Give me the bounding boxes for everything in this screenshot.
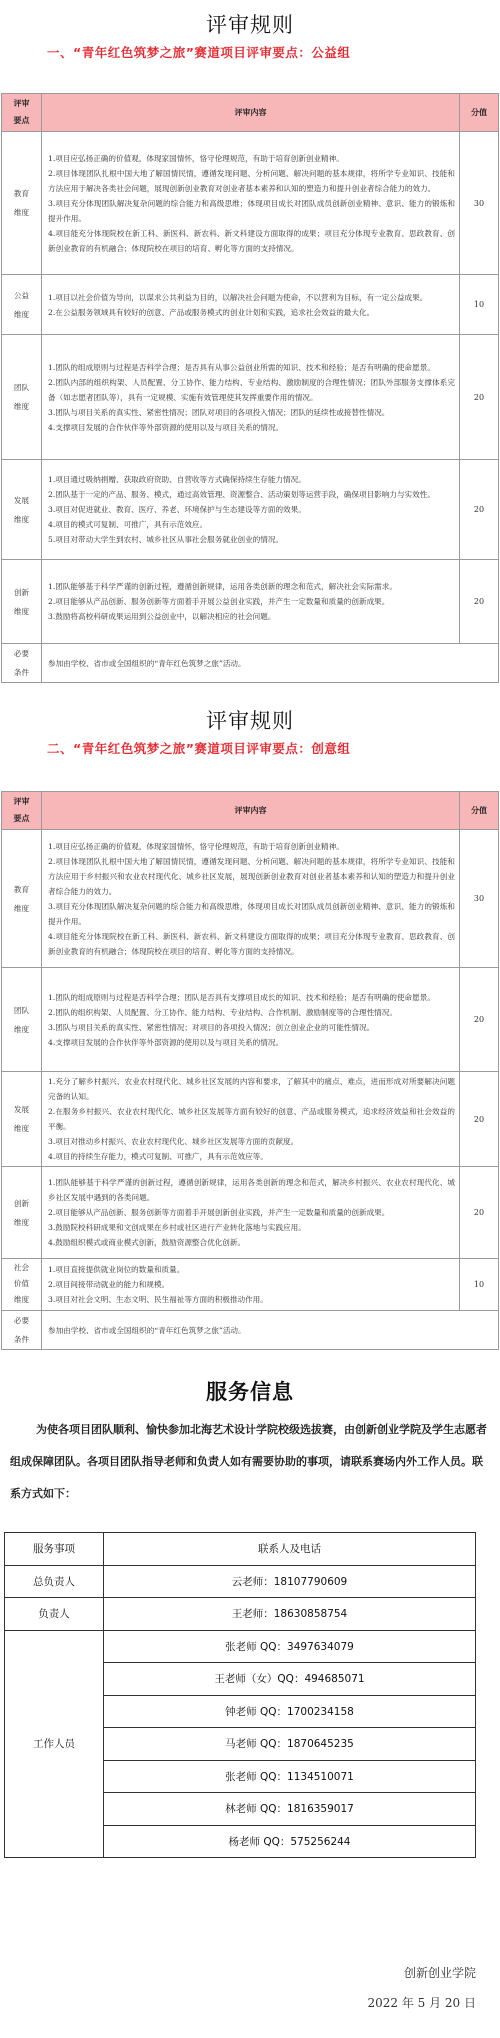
criterion-item: 2.团队基于一定的产品、服务、模式，通过高效管理、资源整合、活动策划等运营手段，… <box>48 487 455 502</box>
service-title: 服务信息 <box>0 1372 500 1412</box>
table-row: 教育维度 1.项目应弘扬正确的价值观，体现家国情怀，恪守伦理规范，有助于培育创新… <box>2 132 499 275</box>
criterion-item: 1.项目以社会价值为导向，以谋求公共利益为目的，以解决社会问题为使命，不以营利为… <box>48 290 455 305</box>
row-content: 1.项目以社会价值为导向，以谋求公共利益为目的，以解决社会问题为使命，不以营利为… <box>42 275 460 335</box>
criterion-item: 4.项目的模式可复制、可推广，具有示范效应。 <box>48 517 455 532</box>
row-score: 10 <box>460 1259 499 1311</box>
criterion-item: 2.团队的组织构架、人员配置、分工协作、能力结构、专业结构、合作机制、激励制度等… <box>48 1005 455 1020</box>
header-key: 评审要点 <box>2 94 42 132</box>
table-row: 团队维度 1.团队的组成原则与过程是否科学合理；是否具有从事公益创业所需的知识、… <box>2 335 499 460</box>
signoff-date: 2022 年 5 月 20 日 <box>0 1988 500 2018</box>
contact-staff: 杨老师 QQ：575256244 <box>104 1825 476 1858</box>
criterion-item: 3.团队与项目关系的真实性、紧密性情况；团队对项目的各项投入情况；团队的延续性或… <box>48 405 455 420</box>
criterion-item: 2.团队内部的组织构架、人员配置、分工协作、能力结构、专业结构、激励制度的合理性… <box>48 375 455 405</box>
service-item-lead: 负责人 <box>5 1598 104 1631</box>
criterion-item: 4.鼓励组织模式或商业模式创新，鼓励资源整合优化创新。 <box>48 1235 455 1250</box>
criterion-item: 2.在服务乡村振兴、农业农村现代化、城乡社区发展等方面有较好的创意、产品或服务模… <box>48 1104 455 1134</box>
criterion-item: 2.项目能够从产品创新、服务创新等方面着手开展创新创业实践，并产生一定数量和质量… <box>48 1205 455 1220</box>
contact-lead: 王老师：18630858754 <box>104 1598 476 1631</box>
row-key: 团队维度 <box>2 335 42 460</box>
row-content: 1.项目通过吸纳捐赠、获取政府资助、自营收等方式确保持续生存能力情况。 2.团队… <box>42 460 460 560</box>
row-score: 20 <box>460 460 499 560</box>
table-row: 教育维度 1.项目应弘扬正确的价值观，体现家国情怀，恪守伦理规范，有助于培育创新… <box>2 830 499 968</box>
table-header-row: 评审要点 评审内容 分值 <box>2 94 499 132</box>
criterion-item: 2.项目能够从产品创新、服务创新等方面着手开展公益创业实践，并产生一定数量和质量… <box>48 594 455 609</box>
table-row: 发展维度 1.项目通过吸纳捐赠、获取政府资助、自营收等方式确保持续生存能力情况。… <box>2 460 499 560</box>
criterion-item: 1.项目应弘扬正确的价值观，体现家国情怀，恪守伦理规范，有助于培育创新创业精神。 <box>48 151 455 166</box>
table-row-required: 必要条件 参加由学校、省市或全国组织的“青年红色筑梦之旅”活动。 <box>2 1311 499 1350</box>
row-key: 公益维度 <box>2 275 42 335</box>
row-score: 20 <box>460 968 499 1072</box>
criterion-item: 2.项目间接带动就业的能力和规模。 <box>48 1277 455 1292</box>
table-row: 团队维度 1.团队的组成原则与过程是否科学合理；团队是否具有支撑项目成长的知识、… <box>2 968 499 1072</box>
required-condition: 参加由学校、省市或全国组织的“青年红色筑梦之旅”活动。 <box>42 644 499 683</box>
contacts-table: 服务事项 联系人及电话 总负责人 云老师：18107790609 负责人 王老师… <box>4 1532 476 1858</box>
header-score: 分值 <box>460 792 499 830</box>
criterion-item: 3.项目充分体现团队解决复杂问题的综合能力和高级思维；体现项目成长对团队成员创新… <box>48 196 455 226</box>
criterion-item: 1.项目应弘扬正确的价值观，体现家国情怀，恪守伦理规范，有助于培育创新创业精神。 <box>48 839 455 854</box>
row-key: 必要条件 <box>2 644 42 683</box>
row-key: 团队维度 <box>2 968 42 1072</box>
table-row: 社会价值维度 1.项目直接提供就业岗位的数量和质量。 2.项目间接带动就业的能力… <box>2 1259 499 1311</box>
row-content: 1.团队的组成原则与过程是否科学合理；团队是否具有支撑项目成长的知识、技术和经验… <box>42 968 460 1072</box>
contact-general-lead: 云老师：18107790609 <box>104 1565 476 1598</box>
criterion-item: 1.团队能够基于科学严谨的创新过程，遵循创新规律，运用各类创新的理念和范式，解决… <box>48 1175 455 1205</box>
table-row: 创新维度 1.团队能够基于科学严谨的创新过程，遵循创新规律，运用各类创新的理念和… <box>2 1167 499 1259</box>
criterion-item: 3.鼓励院校科研成果和文创成果在乡村或社区进行产业转化落地与实践应用。 <box>48 1220 455 1235</box>
contact-staff: 王老师（女）QQ：494685071 <box>104 1663 476 1696</box>
row-content: 1.项目应弘扬正确的价值观，体现家国情怀，恪守伦理规范，有助于培育创新创业精神。… <box>42 132 460 275</box>
criterion-item: 1.团队的组成原则与过程是否科学合理；是否具有从事公益创业所需的知识、技术和经验… <box>48 360 455 375</box>
row-content: 1.团队能够基于科学严谨的创新过程，遵循创新规律，运用各类创新的理念和范式，解决… <box>42 1167 460 1259</box>
header-content: 评审内容 <box>42 94 460 132</box>
header-key: 评审要点 <box>2 792 42 830</box>
row-content: 1.充分了解乡村振兴、农业农村现代化、城乡社区发展的内容和要求，了解其中的痛点、… <box>42 1072 460 1167</box>
criterion-item: 3.项目对促进就业、教育、医疗、养老、环境保护与生态建设等方面的效果。 <box>48 502 455 517</box>
row-key: 教育维度 <box>2 830 42 968</box>
header-content: 评审内容 <box>42 792 460 830</box>
table-row: 发展维度 1.充分了解乡村振兴、农业农村现代化、城乡社区发展的内容和要求，了解其… <box>2 1072 499 1167</box>
header-service-item: 服务事项 <box>5 1533 104 1566</box>
criterion-item: 4.支撑项目发展的合作伙伴等外部资源的使用以及与项目关系的情况。 <box>48 1035 455 1050</box>
criterion-item: 4.项目的持续生存能力，模式可复制、可推广，具有示范效应等。 <box>48 1149 455 1164</box>
criterion-item: 3.鼓励将高校科研成果运用到公益创业中，以解决相应的社会问题。 <box>48 609 455 624</box>
criterion-item: 4.项目能充分体现院校在新工科、新医科、新农科、新文科建设方面取得的成果；项目充… <box>48 226 455 256</box>
row-key: 发展维度 <box>2 460 42 560</box>
criterion-item: 1.团队能够基于科学严谨的创新过程，遵循创新规律，运用各类创新的理念和范式，解决… <box>48 579 455 594</box>
criterion-item: 3.项目对推动乡村振兴、农业农村现代化、城乡社区发展等方面的贡献度。 <box>48 1134 455 1149</box>
row-score: 30 <box>460 132 499 275</box>
section2-subtitle: 二、“青年红色筑梦之旅”赛道项目评审要点：创意组 <box>0 738 500 760</box>
criterion-item: 4.项目能充分体现院校在新工科、新医科、新农科、新文科建设方面取得的成果；项目充… <box>48 929 455 959</box>
row-key: 创新维度 <box>2 1167 42 1259</box>
criterion-item: 2.项目体现团队扎根中国大地了解国情民情，遵循发现问题、分析问题、解决问题的基本… <box>48 166 455 196</box>
header-score: 分值 <box>460 94 499 132</box>
row-score: 30 <box>460 830 499 968</box>
criterion-item: 1.项目直接提供就业岗位的数量和质量。 <box>48 1262 455 1277</box>
row-content: 1.项目直接提供就业岗位的数量和质量。 2.项目间接带动就业的能力和规模。 3.… <box>42 1259 460 1311</box>
service-item-general-lead: 总负责人 <box>5 1565 104 1598</box>
criterion-item: 3.团队与项目关系的真实性、紧密性情况；对项目的各项投入情况；创立创业企业的可能… <box>48 1020 455 1035</box>
required-condition: 参加由学校、省市或全国组织的“青年红色筑梦之旅”活动。 <box>42 1311 499 1350</box>
contacts-row: 总负责人 云老师：18107790609 <box>5 1565 476 1598</box>
row-key: 教育维度 <box>2 132 42 275</box>
row-key: 发展维度 <box>2 1072 42 1167</box>
contact-staff: 张老师 QQ：3497634079 <box>104 1630 476 1663</box>
contacts-header-row: 服务事项 联系人及电话 <box>5 1533 476 1566</box>
row-score: 20 <box>460 335 499 460</box>
criterion-item: 4.支撑项目发展的合作伙伴等外部资源的使用以及与项目关系的情况。 <box>48 420 455 435</box>
criterion-item: 3.项目充分体现团队解决复杂问题的综合能力和高级思维，体现项目成长对团队成员创新… <box>48 899 455 929</box>
row-key: 社会价值维度 <box>2 1259 42 1311</box>
section2-rules-table: 评审要点 评审内容 分值 教育维度 1.项目应弘扬正确的价值观，体现家国情怀，恪… <box>1 791 499 1350</box>
contact-staff: 张老师 QQ：1134510071 <box>104 1760 476 1793</box>
table-row: 创新维度 1.团队能够基于科学严谨的创新过程，遵循创新规律，运用各类创新的理念和… <box>2 560 499 644</box>
contacts-row: 负责人 王老师：18630858754 <box>5 1598 476 1631</box>
criterion-item: 1.充分了解乡村振兴、农业农村现代化、城乡社区发展的内容和要求，了解其中的痛点、… <box>48 1074 455 1104</box>
contacts-row: 工作人员 张老师 QQ：3497634079 <box>5 1630 476 1663</box>
row-score: 20 <box>460 1072 499 1167</box>
section1-title: 评审规则 <box>0 8 500 42</box>
row-content: 1.项目应弘扬正确的价值观，体现家国情怀，恪守伦理规范，有助于培育创新创业精神。… <box>42 830 460 968</box>
row-key: 必要条件 <box>2 1311 42 1350</box>
contact-staff: 马老师 QQ：1870645235 <box>104 1728 476 1761</box>
table-row-required: 必要条件 参加由学校、省市或全国组织的“青年红色筑梦之旅”活动。 <box>2 644 499 683</box>
row-score: 20 <box>460 1167 499 1259</box>
row-score: 10 <box>460 275 499 335</box>
row-key: 创新维度 <box>2 560 42 644</box>
signoff-org: 创新创业学院 <box>0 1958 500 1988</box>
criterion-item: 2.项目体现团队扎根中国大地了解国情民情，遵循发现问题、分析问题、解决问题的基本… <box>48 854 455 899</box>
section1-subtitle: 一、“青年红色筑梦之旅”赛道项目评审要点：公益组 <box>0 42 500 64</box>
row-content: 1.团队能够基于科学严谨的创新过程，遵循创新规律，运用各类创新的理念和范式，解决… <box>42 560 460 644</box>
section1-rules-table: 评审要点 评审内容 分值 教育维度 1.项目应弘扬正确的价值观，体现家国情怀，恪… <box>1 93 499 683</box>
contact-staff: 林老师 QQ：1816359017 <box>104 1793 476 1826</box>
header-contact: 联系人及电话 <box>104 1533 476 1566</box>
document-page: 评审规则 一、“青年红色筑梦之旅”赛道项目评审要点：公益组 评审要点 评审内容 … <box>0 0 500 2038</box>
section2-title: 评审规则 <box>0 704 500 738</box>
table-row: 公益维度 1.项目以社会价值为导向，以谋求公共利益为目的，以解决社会问题为使命，… <box>2 275 499 335</box>
criterion-item: 5.项目对带动大学生到农村、城乡社区从事社会服务就业创业的情况。 <box>48 532 455 547</box>
criterion-item: 1.团队的组成原则与过程是否科学合理；团队是否具有支撑项目成长的知识、技术和经验… <box>48 990 455 1005</box>
table-header-row: 评审要点 评审内容 分值 <box>2 792 499 830</box>
row-content: 1.团队的组成原则与过程是否科学合理；是否具有从事公益创业所需的知识、技术和经验… <box>42 335 460 460</box>
row-score: 20 <box>460 560 499 644</box>
criterion-item: 1.项目通过吸纳捐赠、获取政府资助、自营收等方式确保持续生存能力情况。 <box>48 472 455 487</box>
criterion-item: 3.项目对社会文明、生态文明、民生福祉等方面的积极推动作用。 <box>48 1292 455 1307</box>
criterion-item: 2.在公益服务领域具有较好的创意、产品或服务模式的创业计划和实践，追求社会效益的… <box>48 305 455 320</box>
contact-staff: 钟老师 QQ：1700234158 <box>104 1695 476 1728</box>
service-item-staff: 工作人员 <box>5 1630 104 1858</box>
service-intro: 为使各项目团队顺利、愉快参加北海艺术设计学院校级选拔赛，由创新创业学院及学生志愿… <box>0 1414 500 1510</box>
